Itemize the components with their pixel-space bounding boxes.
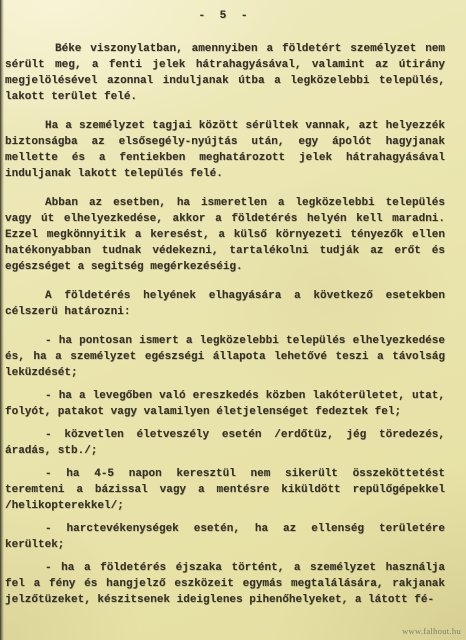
bullet-item-6: - ha a földetérés éjszaka történt, a sze…: [5, 560, 445, 608]
bullet-item-1: - ha pontosan ismert a legközelebbi tele…: [5, 333, 445, 381]
bullet-item-5: - harctevékenységek esetén, ha az ellens…: [5, 521, 445, 553]
paragraph-3: Abban az esetben, ha ismeretlen a legköz…: [5, 195, 445, 275]
bullet-item-3: - közvetlen életveszély esetén /erdőtüz,…: [5, 427, 445, 459]
page-number: - 5 -: [5, 8, 445, 24]
watermark: www.falhout.hu: [402, 626, 461, 636]
paragraph-1: Béke viszonylatban, amennyiben a földeté…: [5, 41, 445, 105]
paragraph-2: Ha a személyzet tagjai között sérültek v…: [5, 118, 445, 182]
bullet-item-2: - ha a levegőben való ereszkedés közben …: [5, 388, 445, 420]
scan-edge-artifact: [0, 0, 4, 640]
bullet-item-4: - ha 4-5 napon keresztül nem sikerült ös…: [5, 466, 445, 514]
page-content: - 5 - Béke viszonylatban, amennyiben a f…: [5, 2, 445, 608]
paragraph-4: A földetérés helyének elhagyására a köve…: [5, 288, 445, 320]
